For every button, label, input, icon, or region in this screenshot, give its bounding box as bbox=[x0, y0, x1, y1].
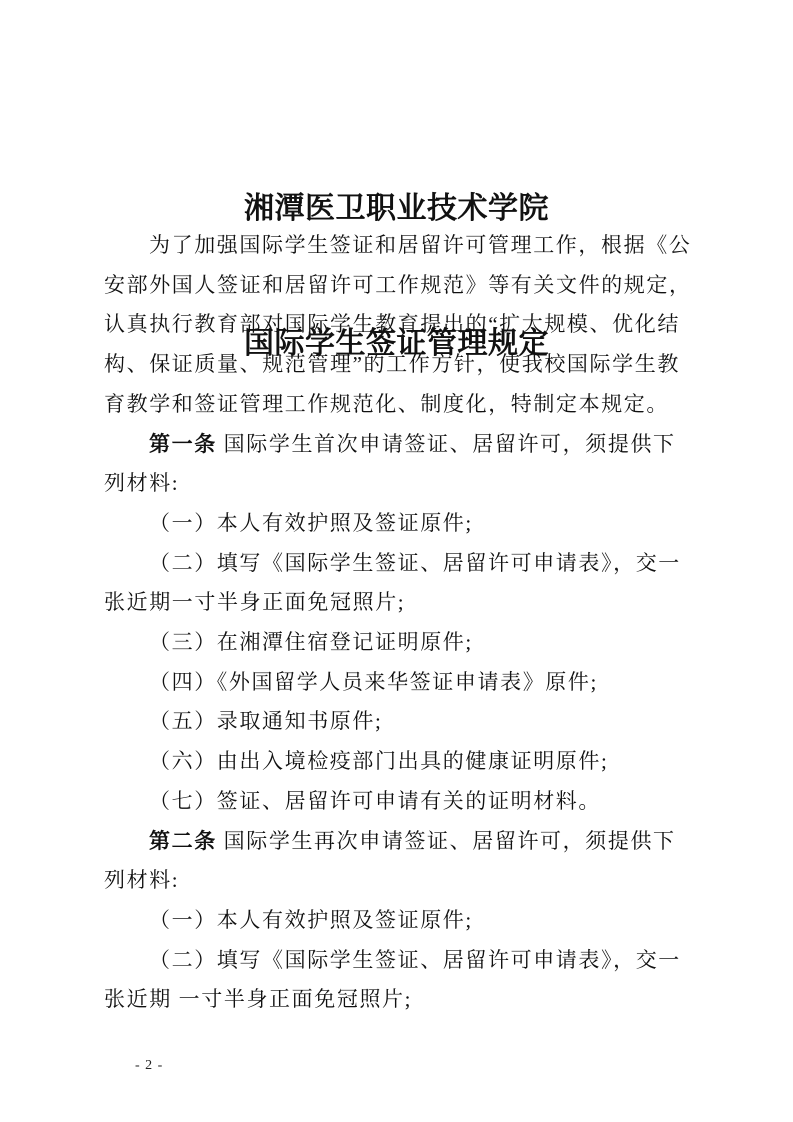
text-segment: 张近期一寸半身正面免冠照片; bbox=[104, 590, 405, 614]
document-body: 为了加强国际学生签证和居留许可管理工作，根据《公安部外国人签证和居留许可工作规范… bbox=[104, 226, 704, 1020]
text-segment: 构、保证质量、规范管理”的工作方针，使我校国际学生教 bbox=[104, 352, 680, 376]
body-line: （二）填写《国际学生签证、居留许可申请表》，交一 bbox=[104, 941, 704, 981]
body-line: 认真执行教育部对国际学生教育提出的“扩大规模、优化结 bbox=[104, 305, 704, 345]
body-line: 张近期一寸半身正面免冠照片; bbox=[104, 583, 704, 623]
body-line: （三）在湘潭住宿登记证明原件; bbox=[104, 623, 704, 663]
body-line: （七）签证、居留许可申请有关的证明材料。 bbox=[104, 782, 704, 822]
body-line: 列材料: bbox=[104, 464, 704, 504]
document-page: 湘潭医卫职业技术学院 国际学生签证管理规定 为了加强国际学生签证和居留许可管理工… bbox=[0, 0, 793, 1122]
text-segment: （五）录取通知书原件; bbox=[149, 709, 382, 733]
text-segment: （一）本人有效护照及签证原件; bbox=[149, 908, 473, 932]
text-segment: （三）在湘潭住宿登记证明原件; bbox=[149, 630, 473, 654]
text-segment: （二）填写《国际学生签证、居留许可申请表》，交一 bbox=[149, 948, 681, 972]
title-line-1: 湘潭医卫职业技术学院 bbox=[0, 186, 793, 231]
text-segment: （六）由出入境检疫部门出具的健康证明原件; bbox=[149, 749, 608, 773]
text-segment: 张近期 一寸半身正面免冠照片; bbox=[104, 987, 412, 1011]
body-line: 为了加强国际学生签证和居留许可管理工作，根据《公 bbox=[104, 226, 704, 266]
body-line: （一）本人有效护照及签证原件; bbox=[104, 901, 704, 941]
body-line: 列材料: bbox=[104, 861, 704, 901]
body-line: 育教学和签证管理工作规范化、制度化，特制定本规定。 bbox=[104, 385, 704, 425]
article-heading: 第二条 bbox=[149, 829, 217, 853]
text-segment: 列材料: bbox=[104, 471, 179, 495]
body-line: 安部外国人签证和居留许可工作规范》等有关文件的规定， bbox=[104, 266, 704, 306]
text-segment: （二）填写《国际学生签证、居留许可申请表》，交一 bbox=[149, 551, 681, 575]
body-line: （六）由出入境检疫部门出具的健康证明原件; bbox=[104, 742, 704, 782]
text-segment: （七）签证、居留许可申请有关的证明材料。 bbox=[149, 789, 601, 813]
article-heading: 第一条 bbox=[149, 432, 217, 456]
body-line: （一）本人有效护照及签证原件; bbox=[104, 504, 704, 544]
text-segment: （一）本人有效护照及签证原件; bbox=[149, 511, 473, 535]
body-line: 张近期 一寸半身正面免冠照片; bbox=[104, 980, 704, 1020]
page-number: - 2 - bbox=[135, 1058, 163, 1073]
text-segment: 国际学生再次申请签证、居留许可，须提供下 bbox=[217, 829, 676, 853]
text-segment: 安部外国人签证和居留许可工作规范》等有关文件的规定， bbox=[104, 273, 692, 297]
body-line: （二）填写《国际学生签证、居留许可申请表》，交一 bbox=[104, 544, 704, 584]
body-line: 构、保证质量、规范管理”的工作方针，使我校国际学生教 bbox=[104, 345, 704, 385]
text-segment: （四）《外国留学人员来华签证申请表》原件; bbox=[149, 670, 598, 694]
body-line: 第二条 国际学生再次申请签证、居留许可，须提供下 bbox=[104, 822, 704, 862]
text-segment: 育教学和签证管理工作规范化、制度化，特制定本规定。 bbox=[104, 392, 669, 416]
body-line: （五）录取通知书原件; bbox=[104, 702, 704, 742]
page-footer: - 2 - bbox=[117, 1036, 163, 1096]
text-segment: 列材料: bbox=[104, 868, 179, 892]
text-segment: 国际学生首次申请签证、居留许可，须提供下 bbox=[217, 432, 676, 456]
body-line: （四）《外国留学人员来华签证申请表》原件; bbox=[104, 663, 704, 703]
text-segment: 认真执行教育部对国际学生教育提出的“扩大规模、优化结 bbox=[104, 312, 680, 336]
body-line: 第一条 国际学生首次申请签证、居留许可，须提供下 bbox=[104, 425, 704, 465]
text-segment: 为了加强国际学生签证和居留许可管理工作，根据《公 bbox=[149, 233, 691, 257]
